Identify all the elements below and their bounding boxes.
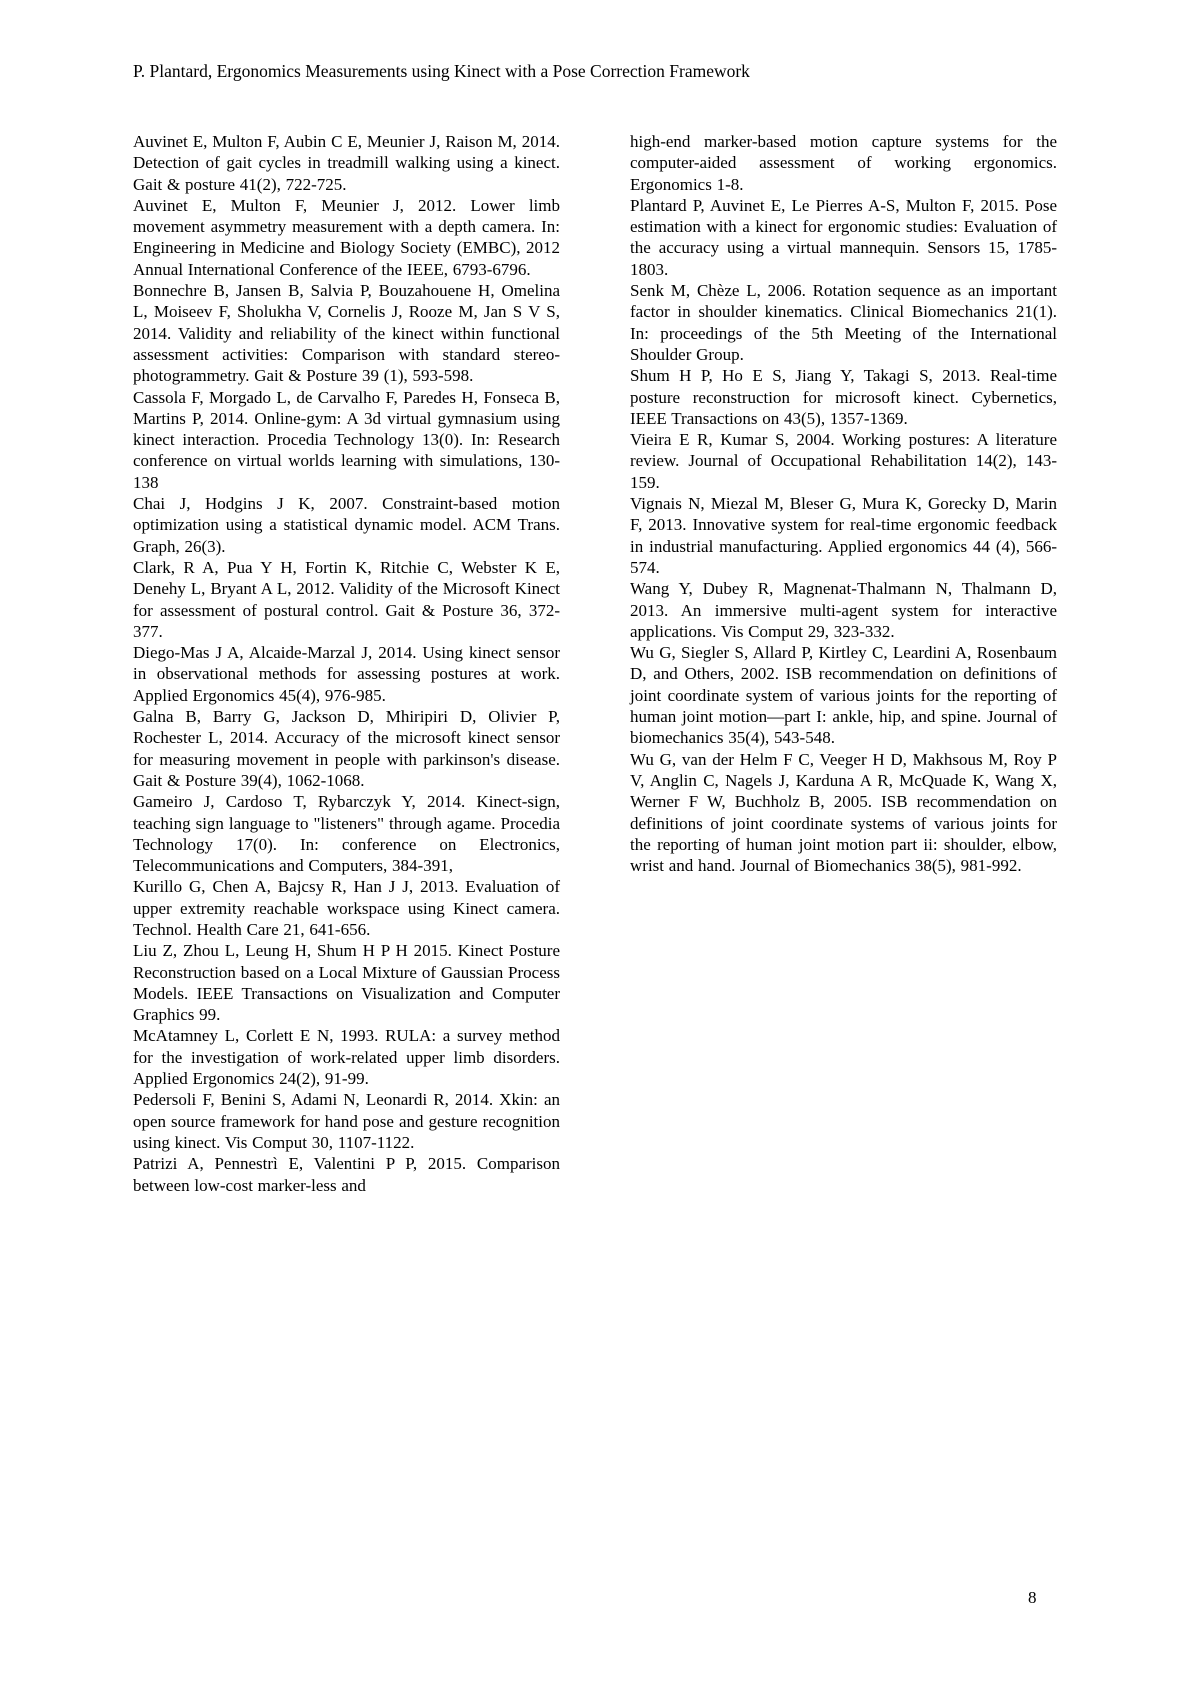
page-number: 8 (1028, 1588, 1037, 1608)
reference-entry: Pedersoli F, Benini S, Adami N, Leonardi… (133, 1089, 560, 1153)
reference-entry: Wu G, Siegler S, Allard P, Kirtley C, Le… (630, 642, 1057, 748)
references-column-left: Auvinet E, Multon F, Aubin C E, Meunier … (133, 131, 560, 1196)
reference-entry: Wu G, van der Helm F C, Veeger H D, Makh… (630, 749, 1057, 877)
document-page: P. Plantard, Ergonomics Measurements usi… (0, 0, 1190, 1684)
reference-entry: Patrizi A, Pennestrì E, Valentini P P, 2… (133, 1153, 560, 1196)
reference-entry: Senk M, Chèze L, 2006. Rotation sequence… (630, 280, 1057, 365)
reference-entry: Liu Z, Zhou L, Leung H, Shum H P H 2015.… (133, 940, 560, 1025)
reference-entry: Bonnechre B, Jansen B, Salvia P, Bouzaho… (133, 280, 560, 386)
reference-entry: Plantard P, Auvinet E, Le Pierres A-S, M… (630, 195, 1057, 280)
reference-entry: Chai J, Hodgins J K, 2007. Constraint-ba… (133, 493, 560, 557)
reference-entry: Clark, R A, Pua Y H, Fortin K, Ritchie C… (133, 557, 560, 642)
reference-entry: Shum H P, Ho E S, Jiang Y, Takagi S, 201… (630, 365, 1057, 429)
reference-entry: Galna B, Barry G, Jackson D, Mhiripiri D… (133, 706, 560, 791)
reference-entry: high-end marker-based motion capture sys… (630, 131, 1057, 195)
reference-entry: Gameiro J, Cardoso T, Rybarczyk Y, 2014.… (133, 791, 560, 876)
reference-entry: Diego-Mas J A, Alcaide-Marzal J, 2014. U… (133, 642, 560, 706)
reference-entry: Kurillo G, Chen A, Bajcsy R, Han J J, 20… (133, 876, 560, 940)
references-column-right: high-end marker-based motion capture sys… (630, 131, 1057, 1196)
reference-entry: Wang Y, Dubey R, Magnenat-Thalmann N, Th… (630, 578, 1057, 642)
reference-entry: Auvinet E, Multon F, Aubin C E, Meunier … (133, 131, 560, 195)
reference-entry: Auvinet E, Multon F, Meunier J, 2012. Lo… (133, 195, 560, 280)
references-section: Auvinet E, Multon F, Aubin C E, Meunier … (133, 131, 1057, 1196)
running-header: P. Plantard, Ergonomics Measurements usi… (133, 60, 750, 82)
reference-entry: Vieira E R, Kumar S, 2004. Working postu… (630, 429, 1057, 493)
reference-entry: Cassola F, Morgado L, de Carvalho F, Par… (133, 387, 560, 493)
reference-entry: McAtamney L, Corlett E N, 1993. RULA: a … (133, 1025, 560, 1089)
reference-entry: Vignais N, Miezal M, Bleser G, Mura K, G… (630, 493, 1057, 578)
